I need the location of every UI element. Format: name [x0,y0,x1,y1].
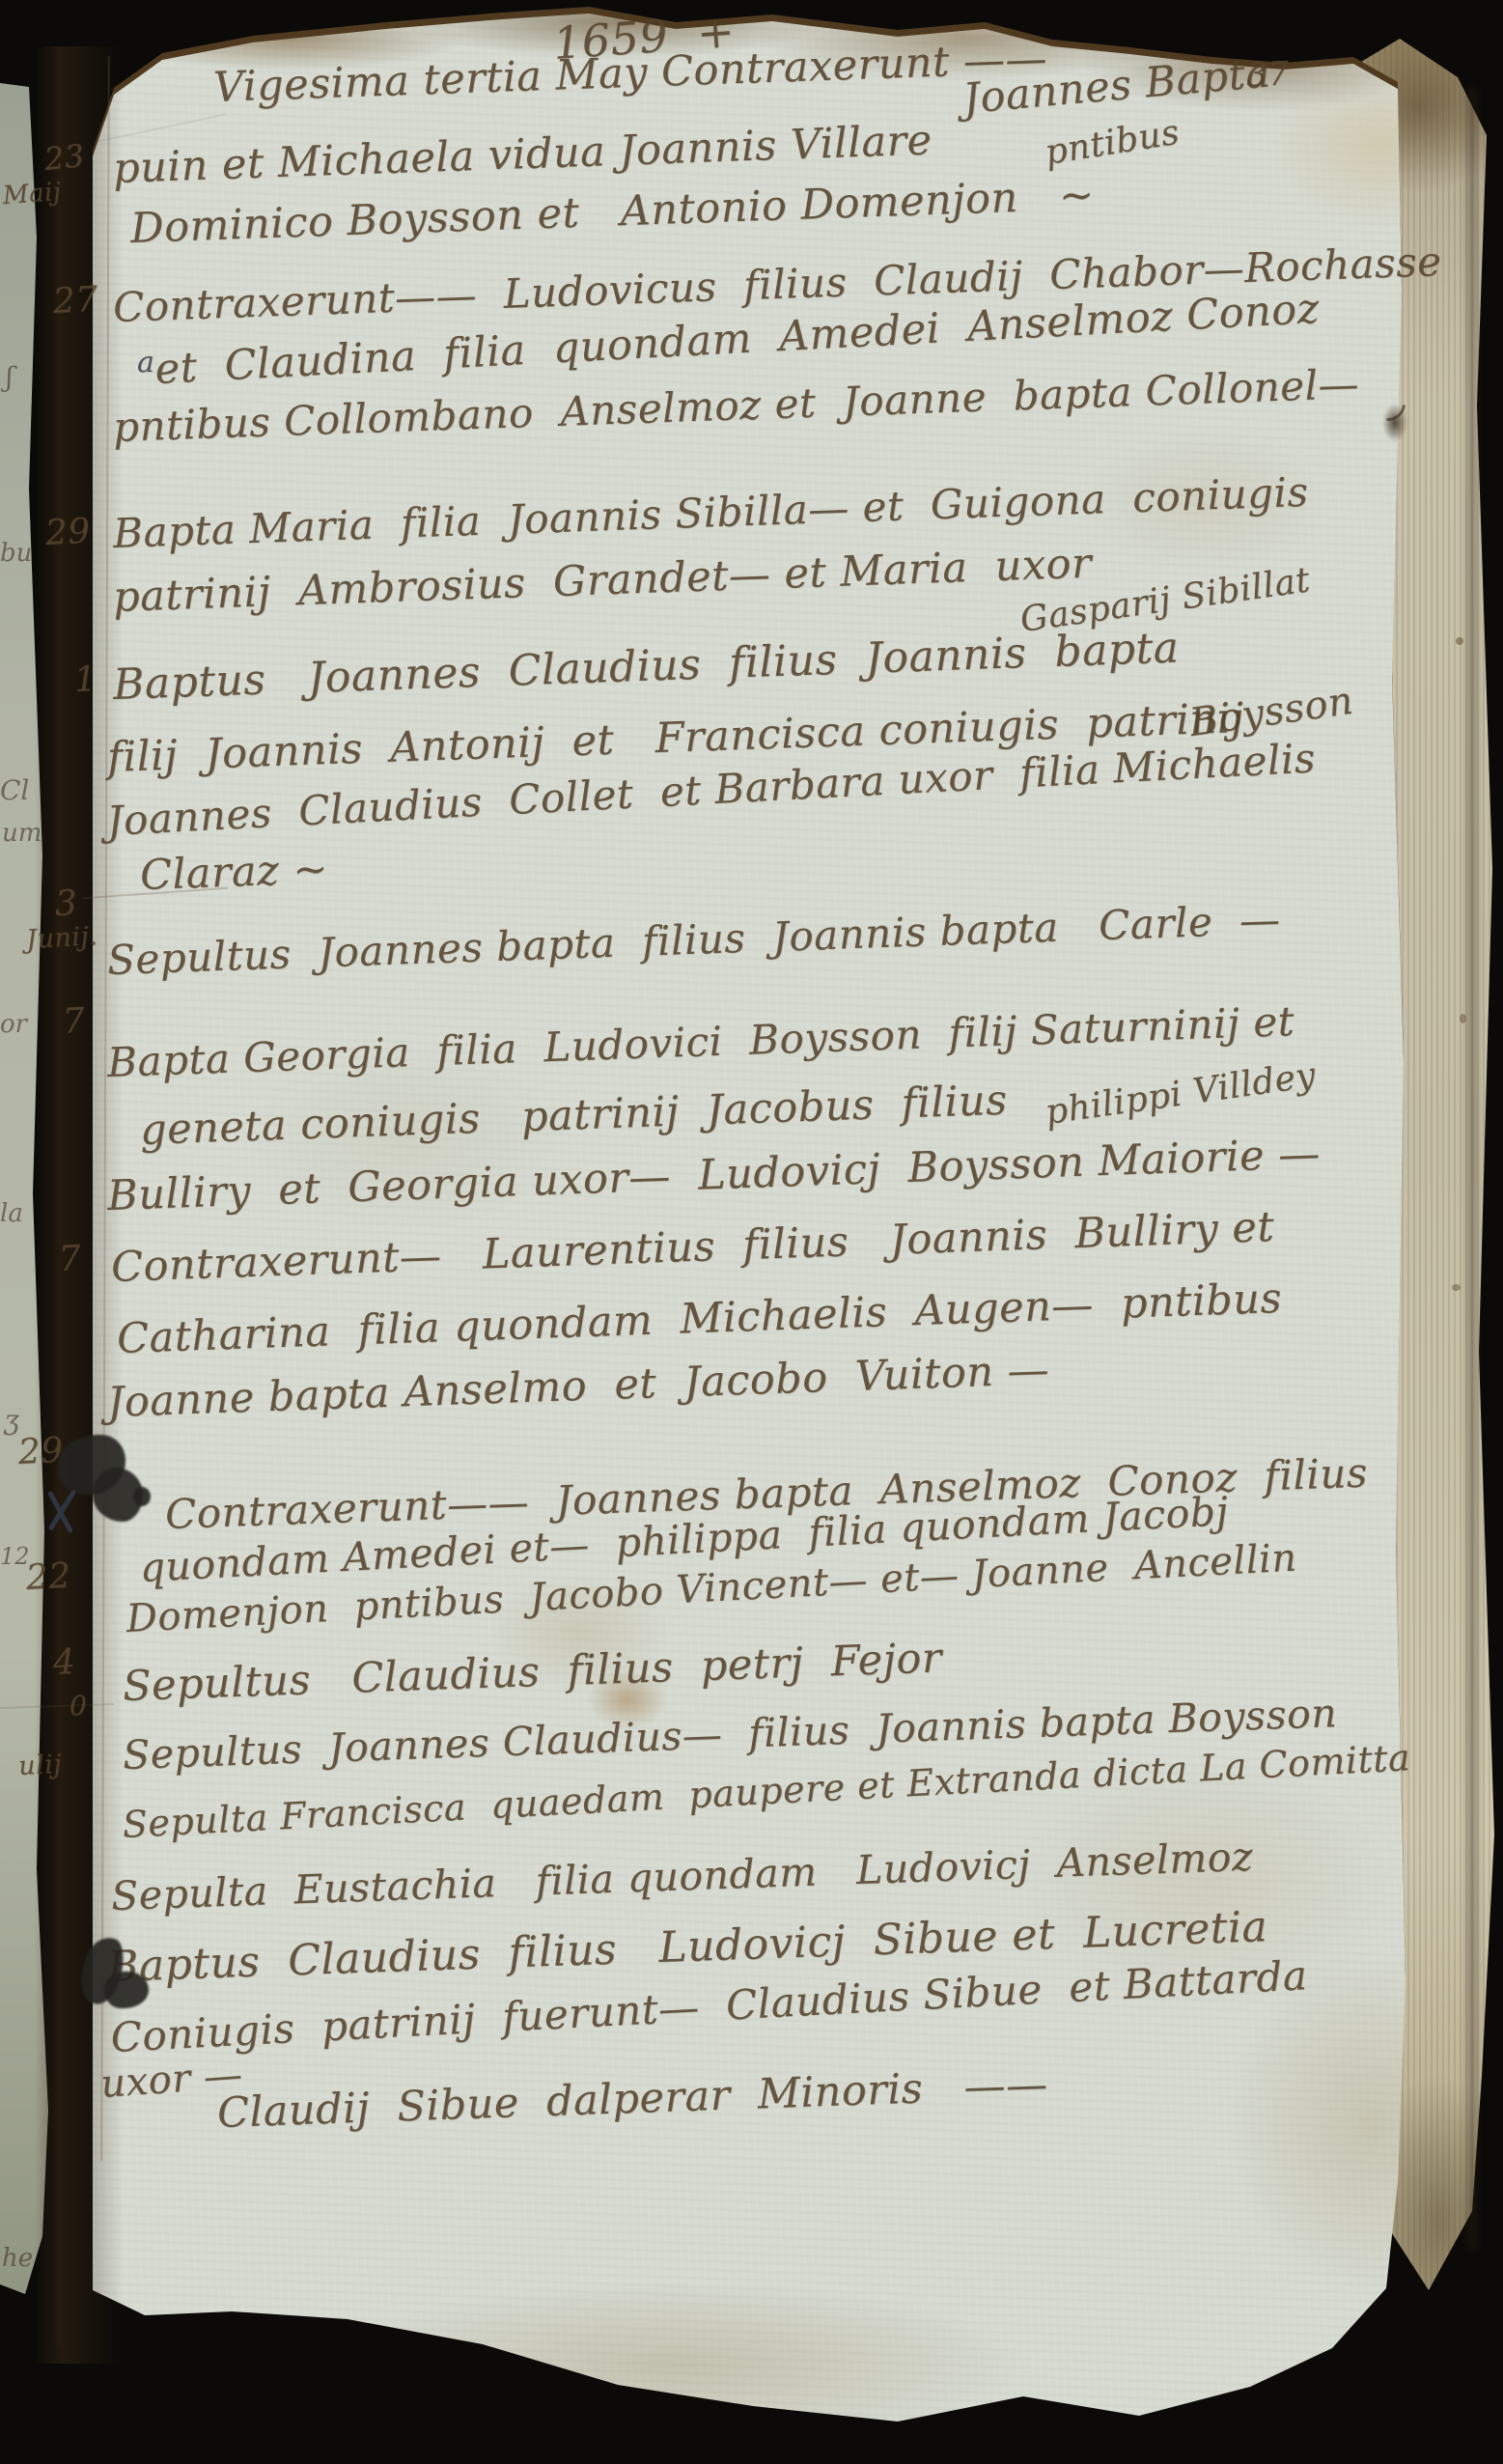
margin-annotation: 22 [25,1556,72,1598]
previous-page-sliver: ʃbuClumorlaʒ12heou [0,83,56,2321]
margin-annotation: 23 [42,137,86,178]
binding-crease [56,48,64,2346]
edge-speck [1460,1014,1466,1023]
margin-annotation: 27 [52,280,99,322]
margin-annotation: 1 [73,659,98,700]
edge-speck [1452,1284,1461,1291]
edge-text-fragment: or [0,1010,27,1039]
manuscript-line: Claraz ~ [139,845,328,900]
margin-annotation: ulij [17,1750,63,1781]
ink-blot [133,1487,151,1506]
edge-text-fragment: ʃ [6,361,14,393]
page-edge-shadow [1467,87,1477,2250]
margin-annotation: 29 [44,512,92,553]
margin-annotation: 7 [62,1001,87,1042]
edge-text-fragment: bu [0,539,32,568]
edge-text-fragment: ou [0,2313,31,2321]
margin-annotation: 7 [58,1239,83,1279]
manuscript-photo: ʃbuClumorlaʒ12heou 1659 +37Vigesima tert… [0,0,1503,2464]
margin-annotation: 3 [54,883,79,924]
margin-annotation: Junij. [25,921,98,955]
margin-annotation: Maij [2,178,62,210]
edge-text-fragment: ʒ [4,1404,19,1436]
edge-text-fragment: um [2,819,42,848]
edge-speck [1456,637,1463,645]
margin-annotation: a [137,346,154,379]
edge-text-fragment: he [2,2244,33,2273]
edge-text-fragment: la [0,1199,23,1228]
edge-text-fragment: Cl [0,774,29,806]
margin-annotation: 4 [52,1642,77,1683]
margin-annotation: 0 [70,1690,87,1722]
